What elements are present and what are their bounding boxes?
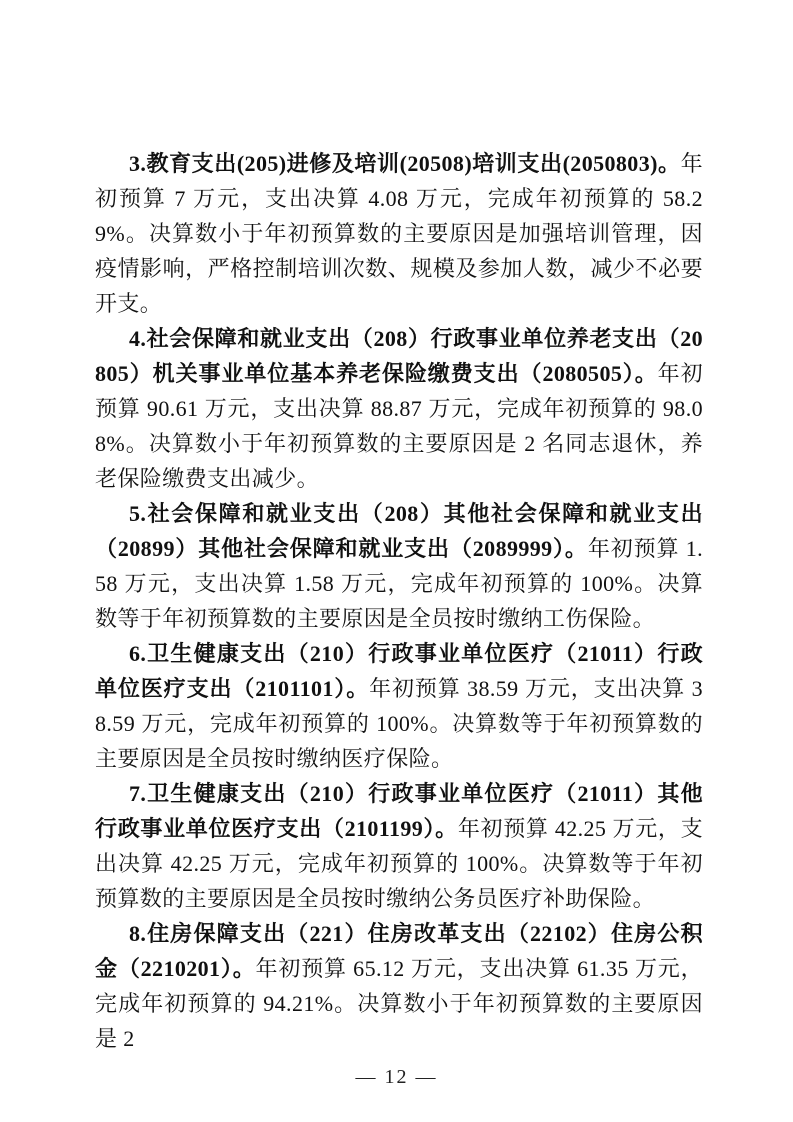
budget-paragraph-4: 4.社会保障和就业支出（208）行政事业单位养老支出（20805）机关事业单位基…: [95, 321, 703, 496]
budget-paragraph-5: 5.社会保障和就业支出（208）其他社会保障和就业支出（20899）其他社会保障…: [95, 496, 703, 636]
paragraph-3-heading: 3.教育支出(205)进修及培训(20508)培训支出(2050803)。: [129, 151, 681, 176]
budget-paragraph-3: 3.教育支出(205)进修及培训(20508)培训支出(2050803)。年初预…: [95, 146, 703, 321]
budget-paragraph-7: 7.卫生健康支出（210）行政事业单位医疗（21011）其他行政事业单位医疗支出…: [95, 776, 703, 916]
document-page: 3.教育支出(205)进修及培训(20508)培训支出(2050803)。年初预…: [0, 0, 793, 1122]
paragraph-4-heading: 4.社会保障和就业支出（208）行政事业单位养老支出（20805）机关事业单位基…: [95, 326, 703, 386]
document-content: 3.教育支出(205)进修及培训(20508)培训支出(2050803)。年初预…: [95, 146, 703, 1056]
budget-paragraph-8: 8.住房保障支出（221）住房改革支出（22102）住房公积金（2210201）…: [95, 916, 703, 1056]
budget-paragraph-6: 6.卫生健康支出（210）行政事业单位医疗（21011）行政单位医疗支出（210…: [95, 636, 703, 776]
page-number-footer: — 12 —: [0, 1066, 793, 1089]
